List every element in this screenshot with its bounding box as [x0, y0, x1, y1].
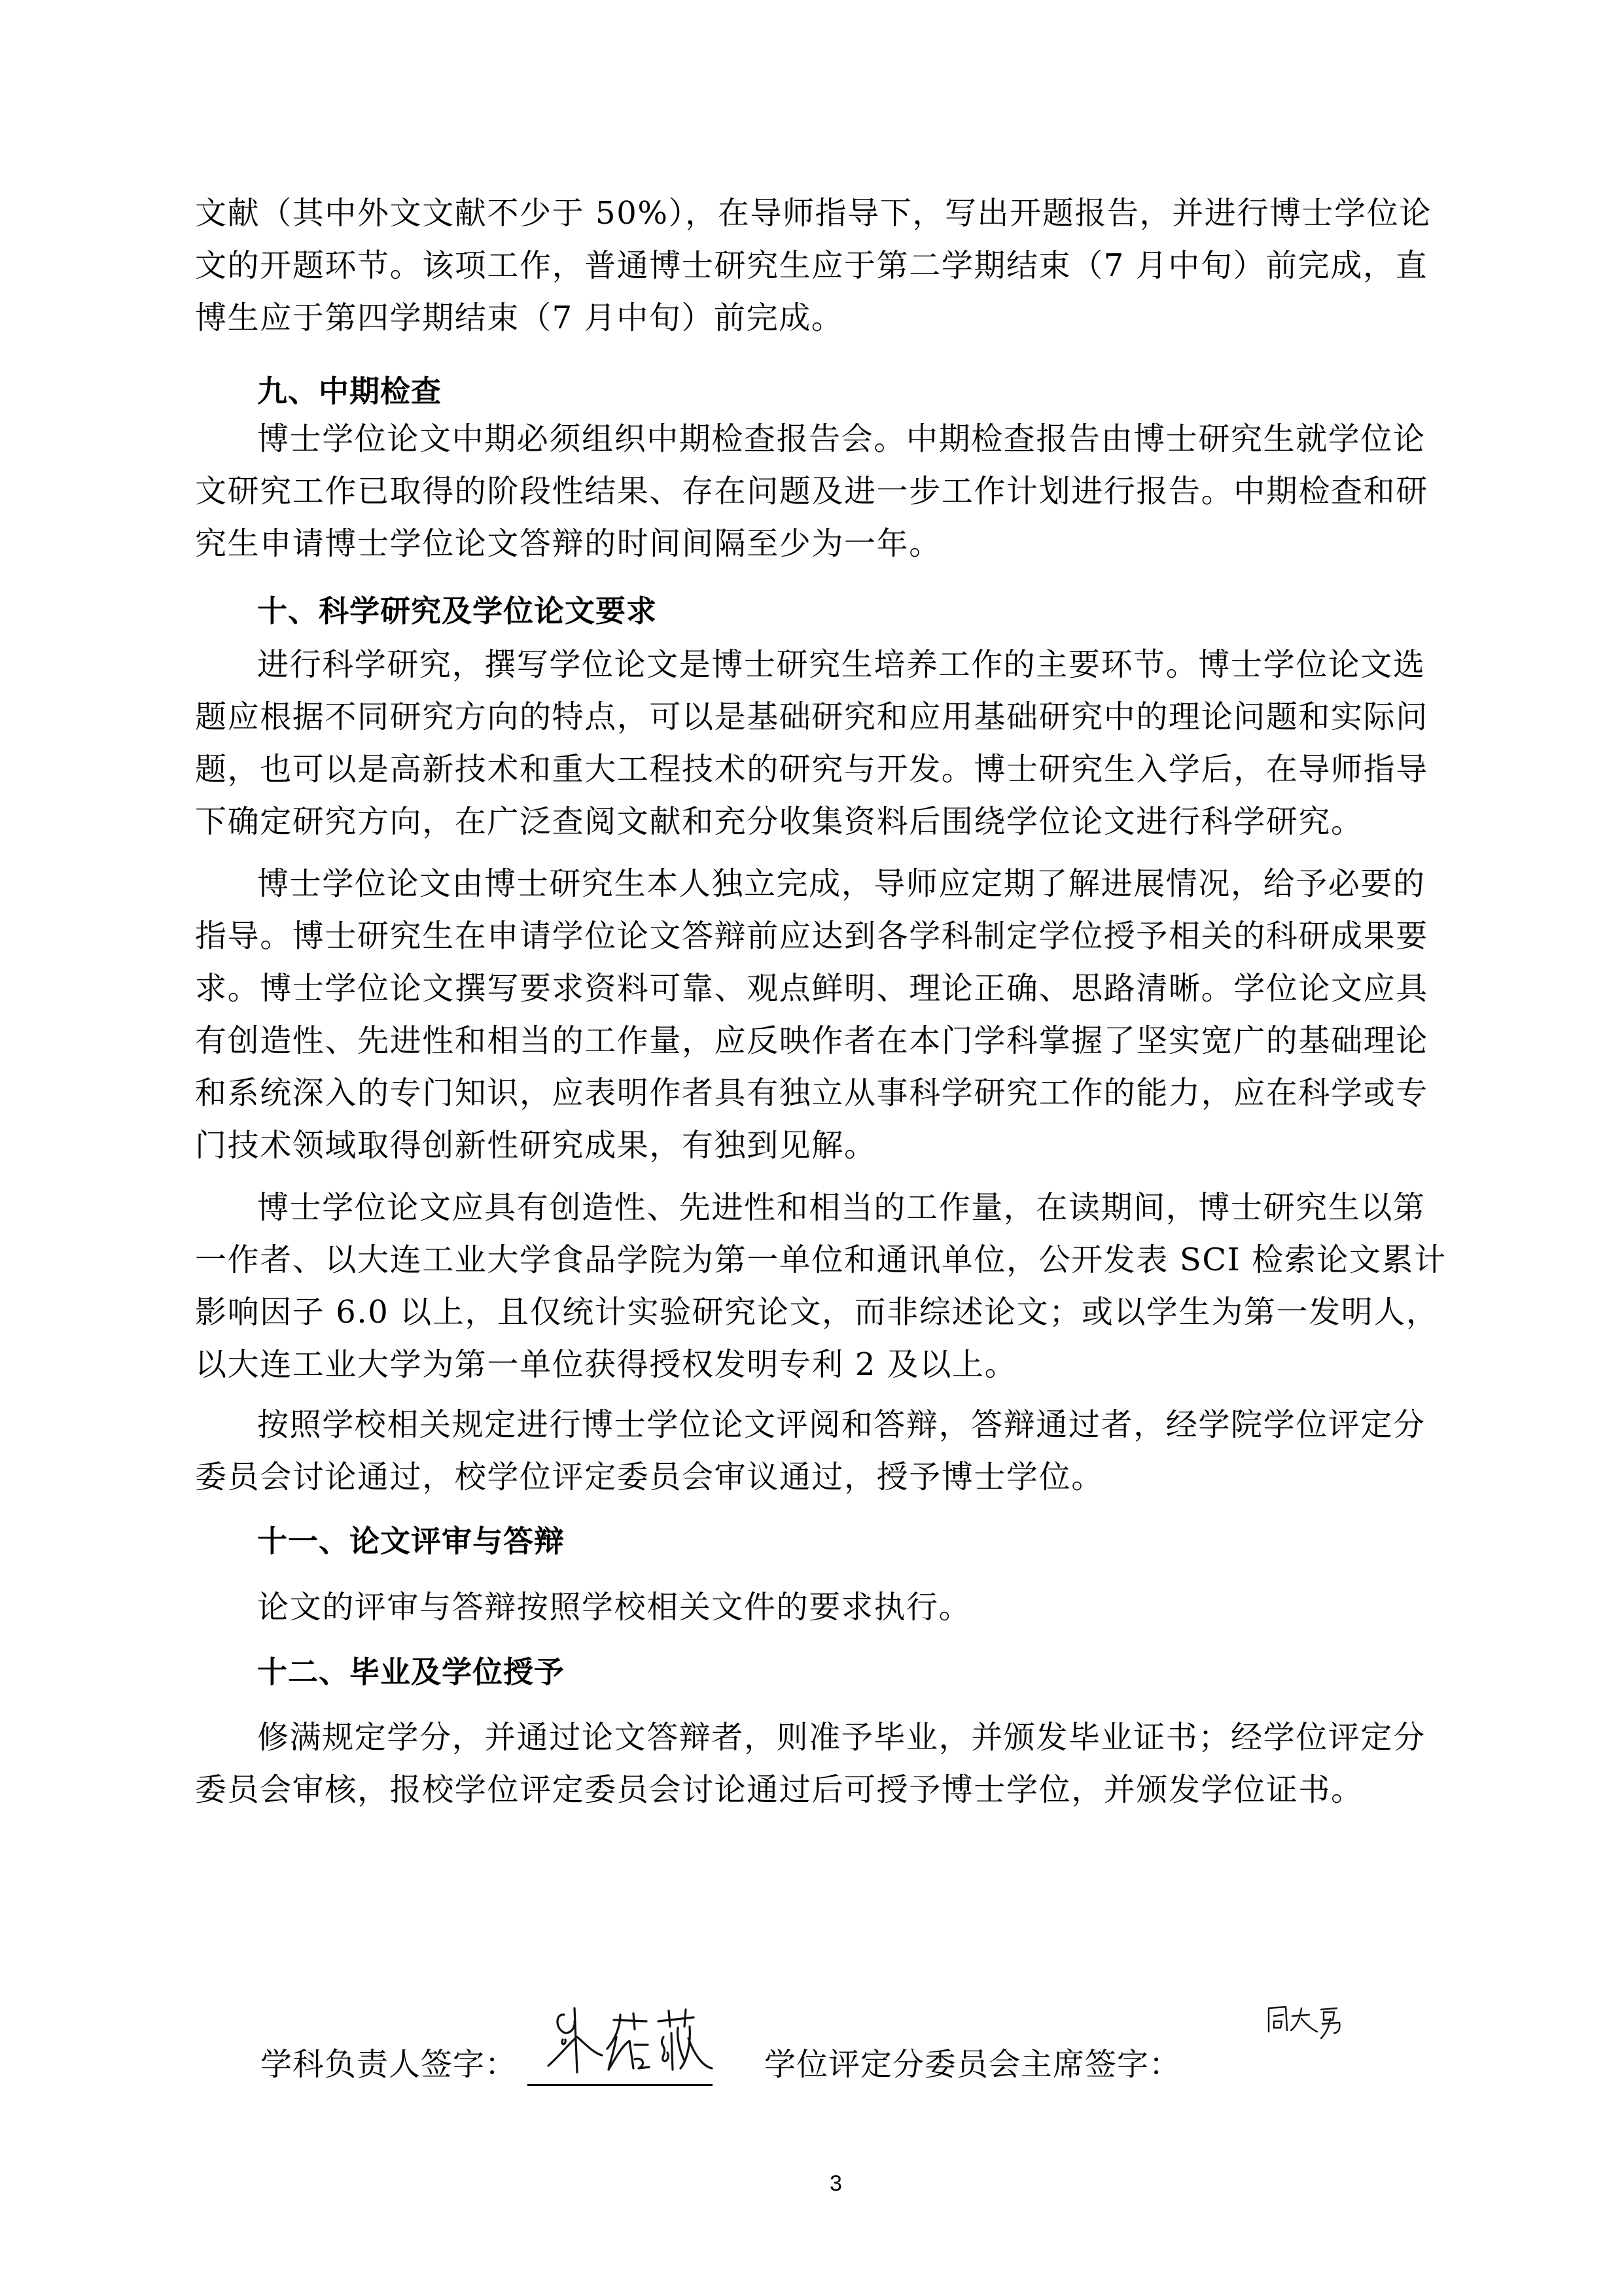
- section-heading-research-requirements: 十、科学研究及学位论文要求: [257, 591, 1432, 631]
- body-text-line: 有创造性、先进性和相当的工作量，应反映作者在本门学科掌握了坚实宽广的基础理论: [195, 1021, 1432, 1060]
- body-text-line: 文研究工作已取得的阶段性结果、存在问题及进一步工作计划进行报告。中期检查和研: [195, 472, 1432, 511]
- body-text-line: 以大连工业大学为第一单位获得授权发明专利 2 及以上。: [195, 1345, 1432, 1384]
- body-text-line: 求。博士学位论文撰写要求资料可靠、观点鲜明、理论正确、思路清晰。学位论文应具: [195, 969, 1432, 1008]
- body-text-line: 题应根据不同研究方向的特点，可以是基础研究和应用基础研究中的理论问题和实际问: [195, 697, 1432, 737]
- body-text-line: 修满规定学分，并通过论文答辩者，则准予毕业，并颁发毕业证书；经学位评定分: [257, 1718, 1432, 1757]
- body-text-line: 博士学位论文由博士研究生本人独立完成，导师应定期了解进展情况，给予必要的: [257, 864, 1432, 903]
- body-text-line: 按照学校相关规定进行博士学位论文评阅和答辩，答辩通过者，经学院学位评定分: [257, 1405, 1432, 1444]
- section-heading-graduation-degree: 十二、毕业及学位授予: [257, 1652, 1432, 1692]
- body-text-line: 委员会审核，报校学位评定委员会讨论通过后可授予博士学位，并颁发学位证书。: [195, 1770, 1432, 1809]
- section-heading-midterm-check: 九、中期检查: [257, 372, 1432, 411]
- discipline-head-handwritten-signature: [537, 2000, 713, 2079]
- body-text-line: 究生申请博士学位论文答辩的时间间隔至少为一年。: [195, 524, 1432, 563]
- body-text-line: 门技术领域取得创新性研究成果，有独到见解。: [195, 1126, 1432, 1165]
- discipline-head-signature-line: [527, 2084, 713, 2086]
- body-text-line: 博生应于第四学期结束（7 月中旬）前完成。: [195, 298, 1432, 338]
- body-text-line: 博士学位论文应具有创造性、先进性和相当的工作量，在读期间，博士研究生以第: [257, 1188, 1432, 1227]
- body-text-line: 文献（其中外文文献不少于 50%），在导师指导下，写出开题报告，并进行博士学位论: [195, 194, 1432, 233]
- document-page: 文献（其中外文文献不少于 50%），在导师指导下，写出开题报告，并进行博士学位论…: [0, 0, 1624, 2296]
- body-text-line: 和系统深入的专门知识，应表明作者具有独立从事科学研究工作的能力，应在科学或专: [195, 1073, 1432, 1113]
- body-text-line: 博士学位论文中期必须组织中期检查报告会。中期检查报告由博士研究生就学位论: [257, 419, 1432, 459]
- page-number: 3: [830, 2170, 842, 2197]
- body-text-line: 下确定研究方向，在广泛查阅文献和充分收集资料后围绕学位论文进行科学研究。: [195, 802, 1432, 841]
- body-text-line: 委员会讨论通过，校学位评定委员会审议通过，授予博士学位。: [195, 1457, 1432, 1497]
- body-text-line: 影响因子 6.0 以上，且仅统计实验研究论文，而非综述论文；或以学生为第一发明人…: [195, 1293, 1432, 1332]
- body-text-line: 一作者、以大连工业大学食品学院为第一单位和通讯单位，公开发表 SCI 检索论文累…: [195, 1240, 1432, 1279]
- section-heading-review-defense: 十一、论文评审与答辩: [257, 1522, 1432, 1561]
- body-text-line: 进行科学研究，撰写学位论文是博士研究生培养工作的主要环节。博士学位论文选: [257, 645, 1432, 684]
- body-text-line: 论文的评审与答辩按照学校相关文件的要求执行。: [257, 1588, 1432, 1627]
- discipline-head-signature-label: 学科负责人签字：: [260, 2045, 517, 2084]
- committee-chair-signature-label: 学位评定分委员会主席签字：: [764, 2045, 1181, 2084]
- committee-chair-handwritten-signature: [1266, 2002, 1345, 2041]
- body-text-line: 指导。博士研究生在申请学位论文答辩前应达到各学科制定学位授予相关的科研成果要: [195, 916, 1432, 956]
- body-text-line: 题，也可以是高新技术和重大工程技术的研究与开发。博士研究生入学后，在导师指导: [195, 750, 1432, 789]
- body-text-line: 文的开题环节。该项工作，普通博士研究生应于第二学期结束（7 月中旬）前完成，直: [195, 246, 1432, 285]
